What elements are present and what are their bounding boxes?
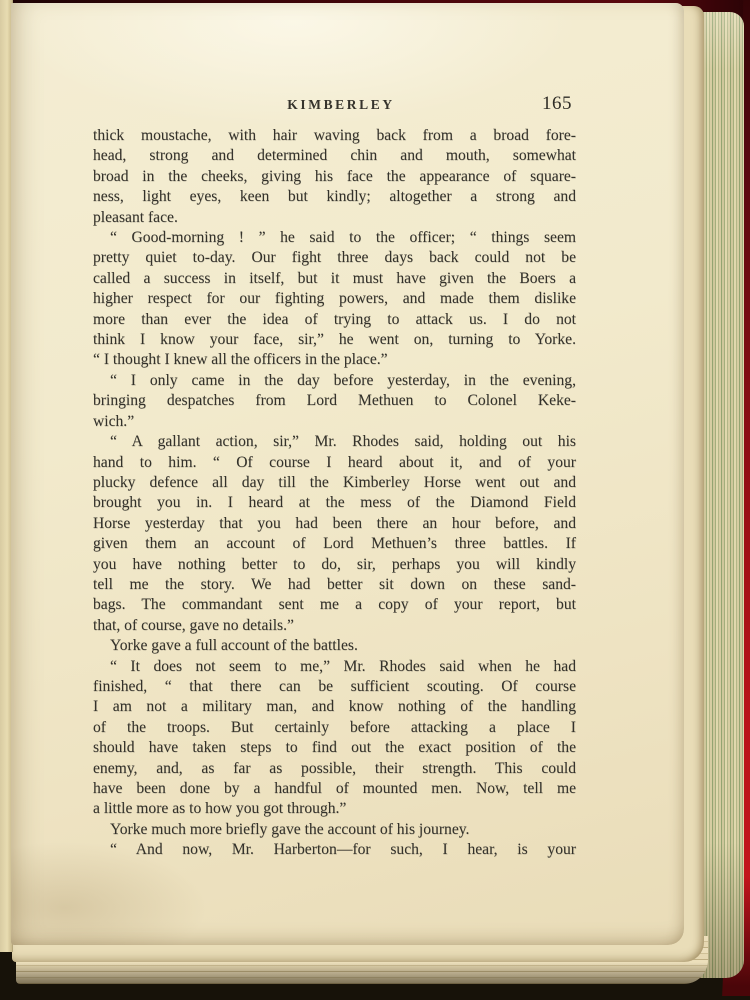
text-line: “ And now, Mr. Harberton—for such, I hea…: [93, 840, 576, 860]
book-page: KIMBERLEY 165 thick moustache, with hair…: [11, 3, 684, 945]
text-line: head, strong and determined chin and mou…: [93, 146, 576, 166]
text-line: think I know your face, sir,” he went on…: [93, 330, 576, 350]
text-line: I am not a military man, and know nothin…: [93, 697, 576, 717]
running-title: KIMBERLEY: [91, 97, 591, 113]
paragraph: “ And now, Mr. Harberton—for such, I hea…: [93, 840, 576, 860]
text-line: of the troops. But certainly before atta…: [93, 718, 576, 738]
text-line: enemy, and, as far as possible, their st…: [93, 759, 576, 779]
text-line: have been done by a handful of mounted m…: [93, 779, 576, 799]
text-block: thick moustache, with hair waving back f…: [93, 126, 576, 861]
text-line: bags. The commandant sent me a copy of y…: [93, 595, 576, 615]
paragraph: “ Good-morning ! ” he said to the office…: [93, 228, 576, 371]
paragraph: “ It does not seem to me,” Mr. Rhodes sa…: [93, 657, 576, 820]
text-line: Horse yesterday that you had been there …: [93, 514, 576, 534]
text-line: higher respect for our fighting powers, …: [93, 289, 576, 309]
text-line: should have taken steps to find out the …: [93, 738, 576, 758]
text-line: “ Good-morning ! ” he said to the office…: [93, 228, 576, 248]
text-line: “ A gallant action, sir,” Mr. Rhodes sai…: [93, 432, 576, 452]
text-line: broad in the cheeks, giving his face the…: [93, 167, 576, 187]
book-photo: KIMBERLEY 165 thick moustache, with hair…: [0, 0, 750, 1000]
text-line: pleasant face.: [93, 208, 576, 228]
text-line: tell me the story. We had better sit dow…: [93, 575, 576, 595]
text-line: wich.”: [93, 412, 576, 432]
text-line: finished, “ that there can be sufficient…: [93, 677, 576, 697]
page-number: 165: [542, 93, 572, 115]
text-line: “ I thought I knew all the officers in t…: [93, 350, 576, 370]
text-line: Yorke much more briefly gave the account…: [93, 820, 576, 840]
text-line: “ I only came in the day before yesterda…: [93, 371, 576, 391]
paragraph: Yorke much more briefly gave the account…: [93, 820, 576, 840]
paragraph: “ I only came in the day before yesterda…: [93, 371, 576, 432]
text-line: “ It does not seem to me,” Mr. Rhodes sa…: [93, 657, 576, 677]
paragraph: “ A gallant action, sir,” Mr. Rhodes sai…: [93, 432, 576, 636]
text-line: more than ever the idea of trying to att…: [93, 310, 576, 330]
page-fore-edges: [698, 12, 744, 978]
text-line: given them an account of Lord Methuen’s …: [93, 534, 576, 554]
text-line: Yorke gave a full account of the battles…: [93, 636, 576, 656]
text-line: hand to him. “ Of course I heard about i…: [93, 453, 576, 473]
text-line: brought you in. I heard at the mess of t…: [93, 493, 576, 513]
text-line: you have nothing better to do, sir, perh…: [93, 555, 576, 575]
text-line: plucky defence all day till the Kimberle…: [93, 473, 576, 493]
text-line: bringing despatches from Lord Methuen to…: [93, 391, 576, 411]
text-line: a little more as to how you got through.…: [93, 799, 576, 819]
text-line: that, of course, gave no details.”: [93, 616, 576, 636]
paragraph: Yorke gave a full account of the battles…: [93, 636, 576, 656]
text-line: ness, light eyes, keen but kindly; altog…: [93, 187, 576, 207]
paragraph: thick moustache, with hair waving back f…: [93, 126, 576, 228]
text-line: thick moustache, with hair waving back f…: [93, 126, 576, 146]
text-line: called a success in itself, but it must …: [93, 269, 576, 289]
text-line: pretty quiet to-day. Our fight three day…: [93, 248, 576, 268]
